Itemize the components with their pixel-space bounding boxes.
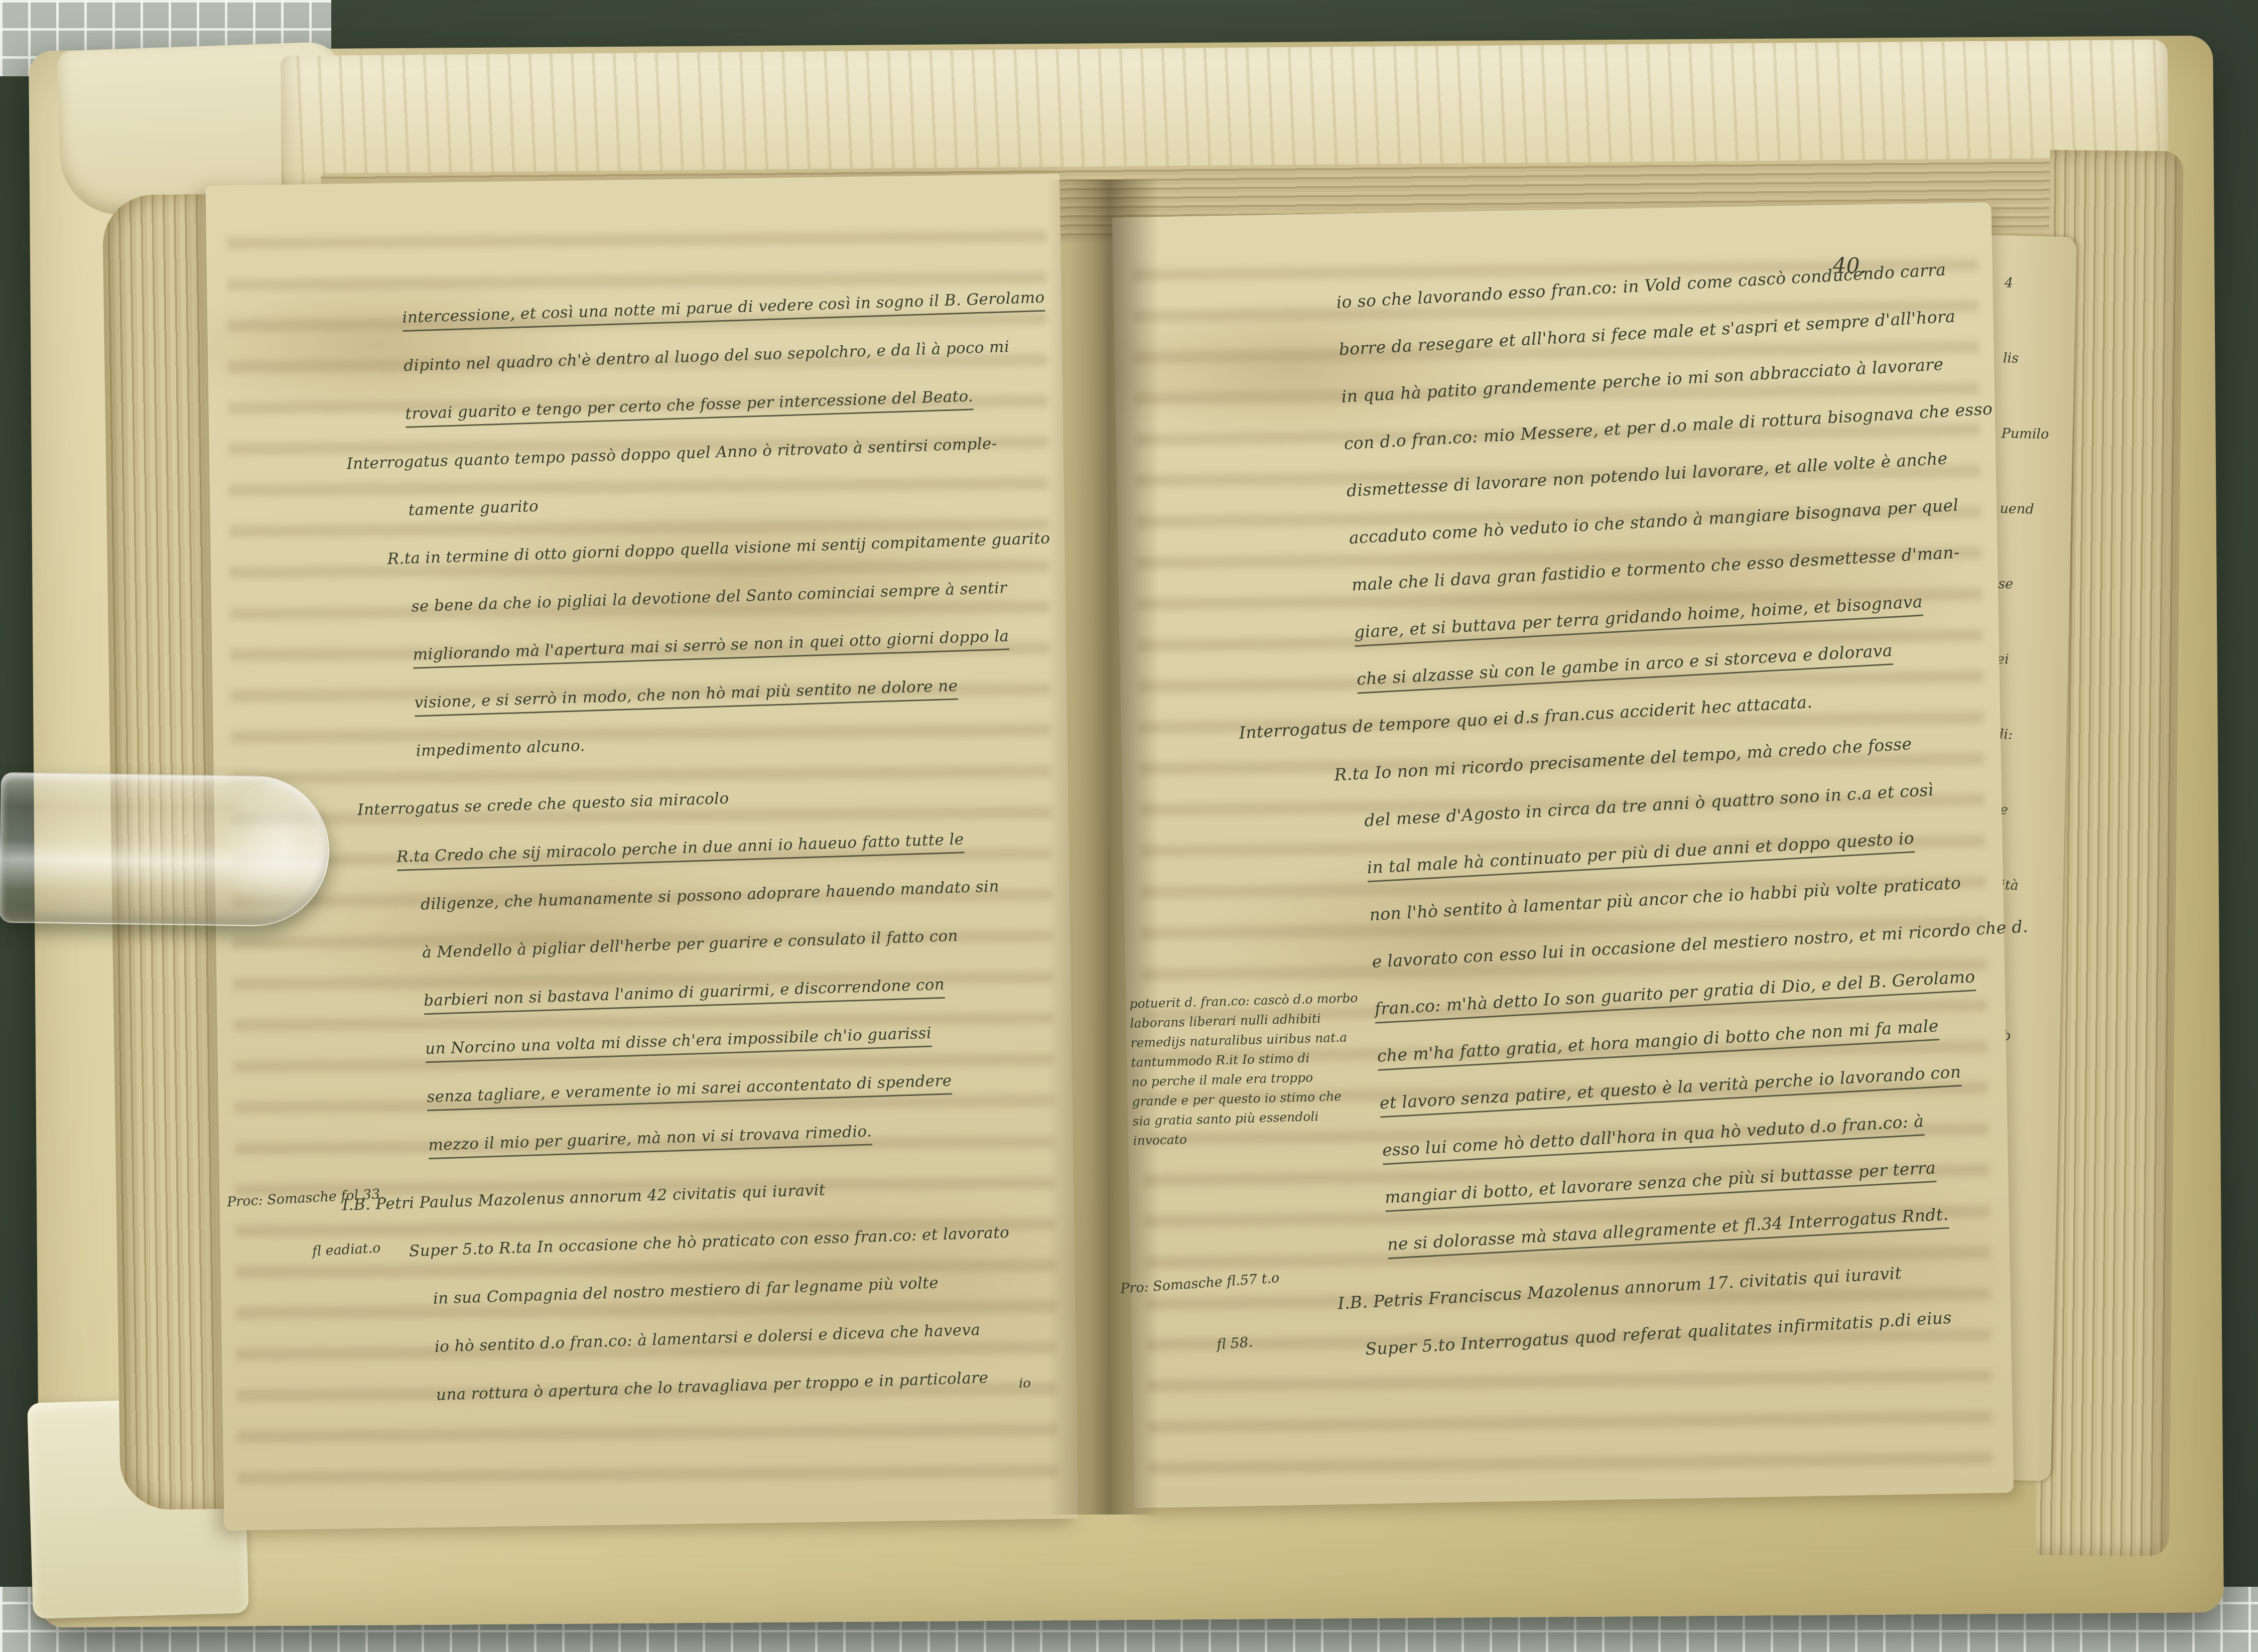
gutter-margin-note: potuerit d. fran.co: cascò d.o morbolabo… bbox=[1129, 988, 1354, 1150]
right-margin-note-second-line: fl 58. bbox=[1216, 1334, 1253, 1353]
right-page-text-block: io so che lavorando esso fran.co: in Vol… bbox=[1335, 243, 2050, 1371]
left-page-text-block: intercessione, et così una notte mi paru… bbox=[402, 273, 1080, 1419]
edge-text-fragment: 4 bbox=[1982, 245, 2076, 322]
catchword: io bbox=[1019, 1376, 1031, 1391]
glass-paperweight bbox=[0, 772, 330, 927]
manuscript-photo: { "palette": { "mat_green": "#3e4a3a", "… bbox=[0, 0, 2258, 1652]
